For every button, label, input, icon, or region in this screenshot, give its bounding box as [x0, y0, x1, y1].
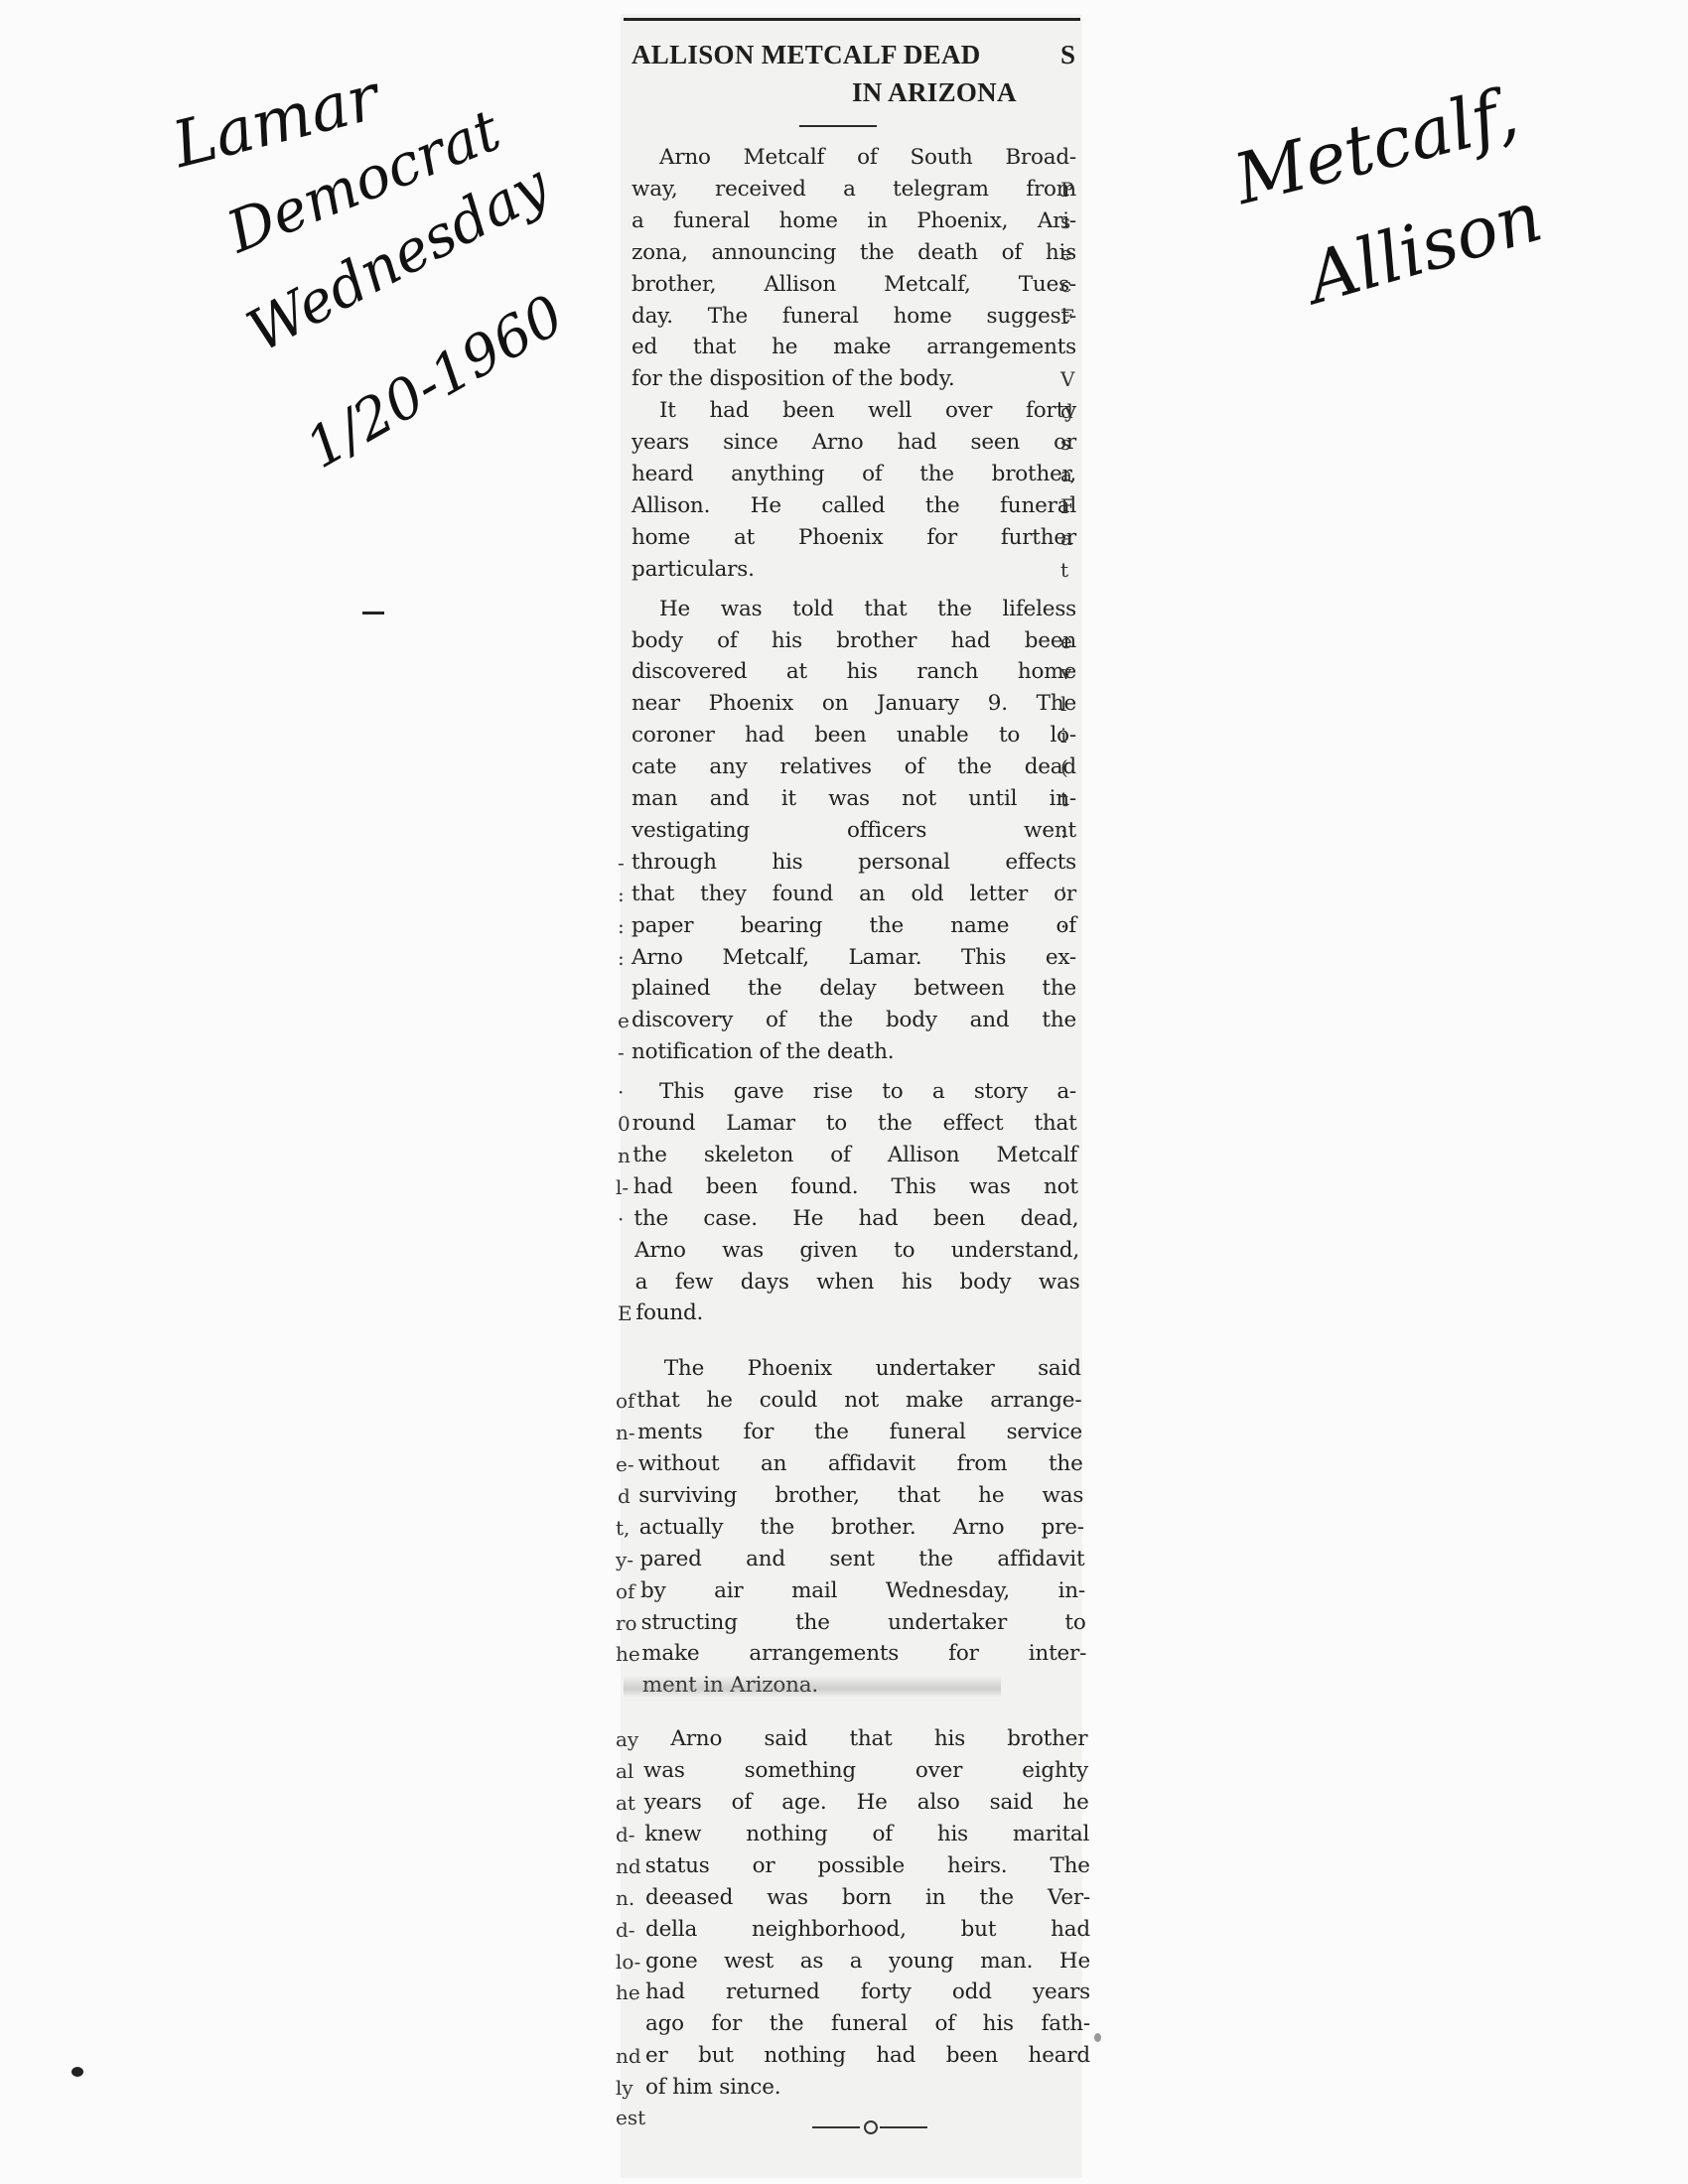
article-line: deeased was born in the Ver- [645, 1885, 1090, 1911]
article-line: notification of the death. [632, 1039, 1076, 1065]
article-line: without an affidavit from the [638, 1451, 1083, 1477]
stray-dash-mark [362, 612, 384, 614]
top-rule [624, 18, 1080, 21]
article-line: that he could not make arrange- [636, 1388, 1081, 1414]
adjacent-column-fragment: · [618, 1206, 624, 1232]
adjacent-column-fragment: ay [616, 1726, 638, 1752]
adjacent-column-fragment: he [616, 1979, 640, 2005]
adjacent-column-fragment: of [616, 1388, 634, 1414]
adjacent-column-fragment: a [1060, 462, 1072, 487]
article-line: the case. He had been dead, [633, 1206, 1078, 1232]
article-line: years since Arno had seen or [632, 430, 1076, 456]
article-line: for the disposition of the body. [632, 366, 1076, 392]
article-line: a few days when his body was [635, 1270, 1080, 1296]
adjacent-column-fragment: s [1060, 208, 1070, 234]
article-line: by air mail Wednesday, in- [640, 1578, 1085, 1604]
adjacent-column-fragment: F [1060, 304, 1074, 330]
adjacent-column-fragment: n. [616, 1885, 634, 1911]
adjacent-column-fragment: l [1060, 691, 1066, 717]
adjacent-column-fragment: a [1060, 525, 1072, 551]
adjacent-column-fragment: y- [616, 1547, 633, 1572]
article-line: Arno Metcalf of South Broad- [632, 145, 1076, 171]
headline-rule [799, 125, 877, 127]
adjacent-column-fragment: - [618, 1039, 625, 1065]
article-line: man and it was not until in- [632, 786, 1076, 812]
adjacent-column-fragment: : [1060, 818, 1067, 844]
article-line: della neighborhood, but had [645, 1917, 1090, 1943]
article-line: the skeleton of Allison Metcalf [633, 1143, 1077, 1168]
adjacent-column-fragment: : [618, 882, 625, 907]
adjacent-column-fragment: l- [616, 1174, 629, 1200]
article-line: particulars. [632, 557, 1076, 583]
adjacent-column-fragment: at [616, 1790, 635, 1816]
article-line: heard anything of the brother, [632, 462, 1076, 487]
adjacent-column-fragment: : [618, 945, 625, 971]
adjacent-column-fragment: ' [1060, 882, 1066, 907]
article-line: It had been well over forty [632, 398, 1076, 424]
article-line: ed that he make arrangements [632, 335, 1076, 360]
adjacent-column-fragment: c [1060, 272, 1071, 298]
article-line: had been found. This was not [633, 1174, 1078, 1200]
adjacent-column-fragment: t, [616, 1515, 630, 1541]
adjacent-column-fragment: ro [616, 1610, 637, 1636]
adjacent-column-fragment: nd [616, 1853, 641, 1879]
article-line: coroner had been unable to lo- [632, 723, 1076, 749]
article-line: pared and sent the affidavit [639, 1547, 1084, 1572]
adjacent-column-fragment: lo- [616, 1949, 640, 1975]
adjacent-column-fragment: E [618, 1300, 633, 1326]
adjacent-column-fragment: d [618, 1483, 631, 1509]
adjacent-column-fragment: e- [616, 1451, 634, 1477]
article-line: Arno said that his brother [642, 1726, 1087, 1752]
article-line: structing the undertaker to [641, 1610, 1086, 1636]
article-line: was something over eighty [643, 1758, 1088, 1784]
article-line: Allison. He called the funeral [632, 493, 1076, 519]
article-line: years of age. He also said he [644, 1790, 1089, 1816]
article-line: gone west as a young man. He [645, 1949, 1090, 1975]
adjacent-column-fragment: est [616, 2105, 645, 2130]
adjacent-column-fragment: al [616, 1758, 633, 1784]
article-line: day. The funeral home suggest- [632, 304, 1076, 330]
adjacent-column-fragment: d- [616, 1917, 635, 1943]
adjacent-column-fragment: s [1060, 430, 1070, 456]
adjacent-column-fragment: d [1060, 398, 1073, 424]
adjacent-column-fragment: t [1060, 786, 1068, 812]
ornament-circle [864, 2120, 878, 2134]
article-line: surviving brother, that he was [638, 1483, 1083, 1509]
article-line: knew nothing of his marital [644, 1822, 1089, 1847]
adjacent-column-fragment: F [1060, 493, 1074, 519]
adjacent-column-fragment: · [1060, 913, 1066, 939]
article-line: He was told that the lifeless [632, 597, 1076, 622]
article-line: ments for the funeral service [637, 1420, 1082, 1445]
article-line: ago for the funeral of his fath- [645, 2011, 1090, 2037]
adjacent-column-fragment: : [618, 913, 625, 939]
article-line: body of his brother had been [632, 628, 1076, 654]
adjacent-column-fragment: of [616, 1578, 634, 1604]
article-line: way, received a telegram from [632, 177, 1076, 203]
end-ornament [812, 2120, 929, 2134]
adjacent-column-fragment: · [618, 1079, 624, 1105]
article-line: Arno Metcalf, Lamar. This ex- [632, 945, 1076, 971]
article-line: of him since. [645, 2075, 1090, 2101]
stray-gray-dot [1094, 2033, 1101, 2042]
article-line: status or possible heirs. The [645, 1853, 1090, 1879]
article-line: a funeral home in Phoenix, Ari- [632, 208, 1076, 234]
adjacent-column-fragment: n [618, 1143, 631, 1168]
adjacent-column-fragment: e [1060, 240, 1072, 266]
adjacent-column-fragment: P [1060, 177, 1073, 203]
adjacent-column-fragment: V [1060, 366, 1074, 392]
adjacent-column-fragment: 0 [618, 1111, 631, 1137]
adjacent-column-fragment: he [616, 1641, 640, 1667]
article-line: found. [635, 1300, 1080, 1326]
adjacent-column-fragment: e [618, 1008, 630, 1033]
article-line: near Phoenix on January 9. The [632, 691, 1076, 717]
article-line: The Phoenix undertaker said [636, 1356, 1081, 1382]
adjacent-column-fragment: nd [616, 2043, 641, 2069]
adjacent-column-fragment: i [1060, 723, 1066, 749]
adjacent-column-fragment: v [1060, 659, 1071, 685]
article-line: round Lamar to the effect that [633, 1111, 1077, 1137]
article-line: make arrangements for inter- [641, 1641, 1086, 1667]
article-line: er but nothing had been heard [645, 2043, 1090, 2069]
article-line: paper bearing the name of [632, 913, 1076, 939]
scan-smudge [624, 1676, 1001, 1698]
headline-line-1: ALLISON METCALF DEAD [632, 40, 981, 70]
article-line: This gave rise to a story a- [632, 1079, 1076, 1105]
adjacent-column-fragment: - [618, 850, 625, 876]
article-line: discovery of the body and the [632, 1008, 1076, 1033]
article-line: Arno was given to understand, [634, 1238, 1079, 1264]
article-line: discovered at his ranch home [632, 659, 1076, 685]
adjacent-column-fragment: ly [616, 2075, 633, 2101]
article-line: brother, Allison Metcalf, Tues- [632, 272, 1076, 298]
adjacent-column-fragment: e [1060, 628, 1072, 654]
headline-line-2: IN ARIZONA [852, 77, 1017, 108]
adjacent-column-fragment: ( [1060, 754, 1068, 780]
article-line: had returned forty odd years [645, 1979, 1090, 2005]
stray-dot-mark [71, 2067, 83, 2077]
adjacent-column-fragment: n- [616, 1420, 635, 1445]
article-line: vestigating officers went [632, 818, 1076, 844]
adjacent-column-fragment: t [1060, 557, 1068, 583]
article-line: that they found an old letter or [632, 882, 1076, 907]
article-line: actually the brother. Arno pre- [639, 1515, 1084, 1541]
adjacent-column-fragment: d- [616, 1822, 635, 1847]
article-line: home at Phoenix for further [632, 525, 1076, 551]
article-line: plained the delay between the [632, 976, 1076, 1002]
article-line: through his personal effects [632, 850, 1076, 876]
article-line: cate any relatives of the dead [632, 754, 1076, 780]
article-line: zona, announcing the death of his [632, 240, 1076, 266]
adjacent-headline-fragment: S [1060, 40, 1075, 70]
